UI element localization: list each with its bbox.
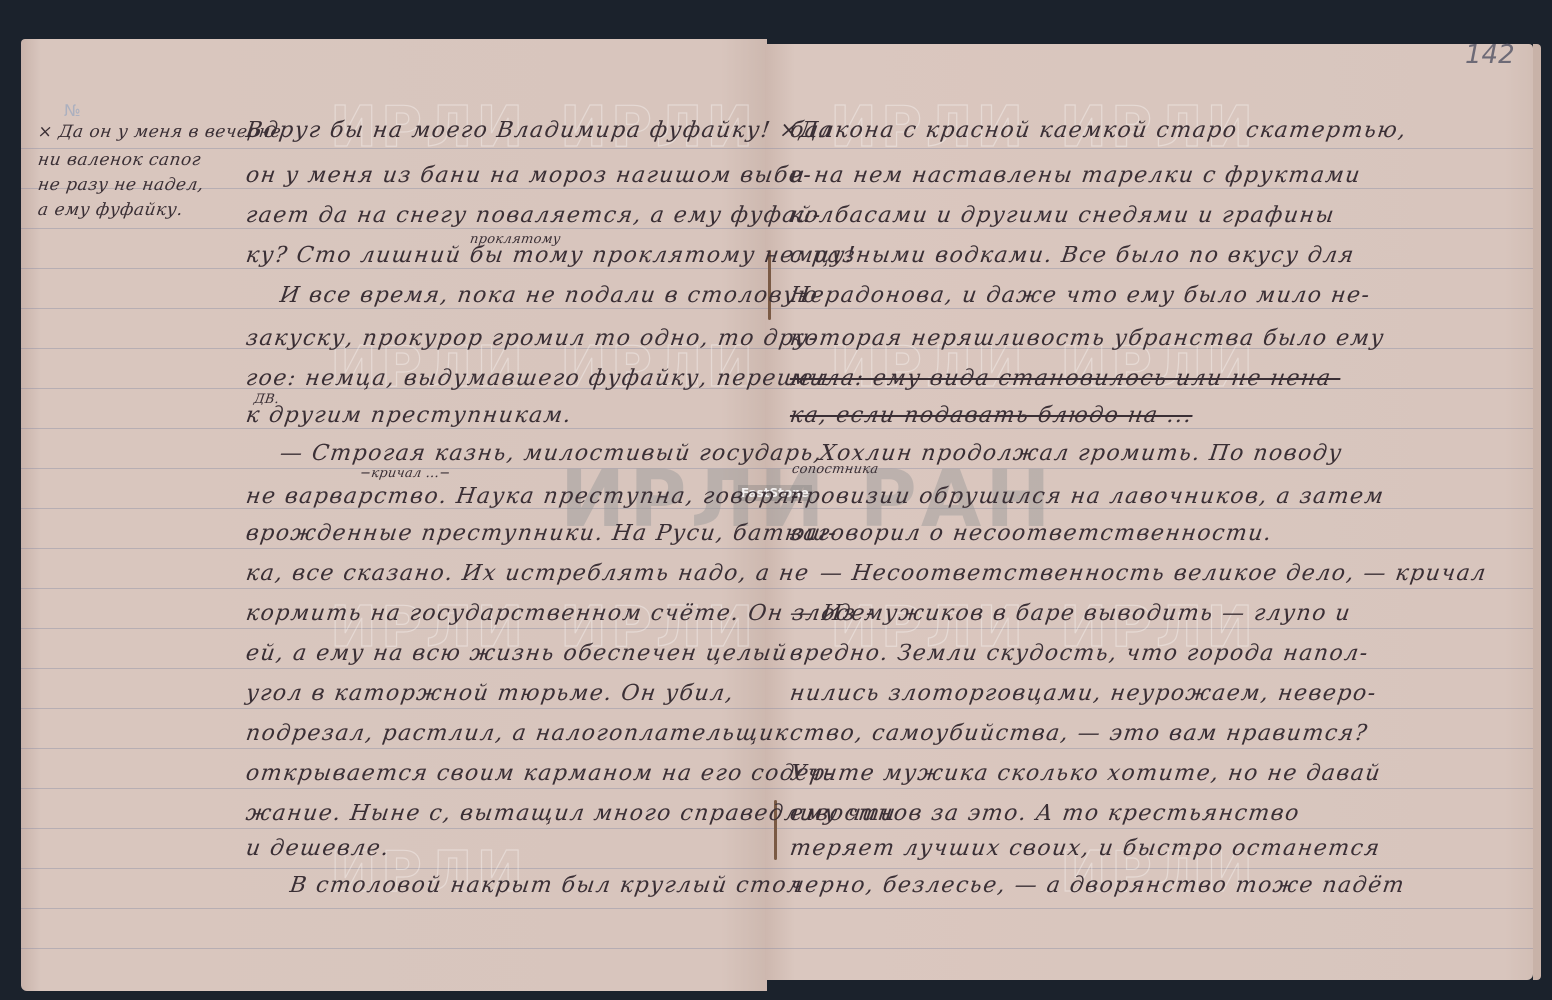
text-line: Нерадонова, и даже что ему было мило не- <box>788 283 1372 308</box>
page-edge <box>1533 44 1541 980</box>
ruled-line <box>21 748 767 749</box>
ruled-line <box>21 948 767 949</box>
text-line: и дешевле. <box>244 836 391 861</box>
text-line: закуску, прокурор громил то одно, то дру… <box>244 326 819 351</box>
ruled-line <box>767 908 1533 909</box>
ruled-line <box>767 948 1533 949</box>
ruled-line <box>21 548 767 549</box>
interlinear-note: −кричал ...− <box>359 466 452 481</box>
ruled-line <box>21 268 767 269</box>
ruled-line <box>21 588 767 589</box>
ruled-line <box>767 308 1533 309</box>
ruled-line <box>767 148 1533 149</box>
ruled-line <box>767 548 1533 549</box>
ruled-line <box>21 828 767 829</box>
text-line: И все время, пока не подали в столовую <box>278 283 820 308</box>
corner-mark: № <box>64 101 81 120</box>
ruled-line <box>767 788 1533 789</box>
margin-note-line: ни валенок сапог <box>37 150 203 170</box>
ruled-line <box>767 428 1533 429</box>
text-line: заговорил о несоответственности. <box>788 521 1274 546</box>
ruled-line <box>21 148 767 149</box>
text-line: балкона с красной каемкой старо скатерть… <box>788 118 1408 143</box>
text-line: ему чинов за это. А то крестьянство <box>788 801 1301 826</box>
text-line: гает да на снегу поваляется, а ему фуфай… <box>244 203 823 228</box>
text-line: нились злоторговцами, неурожаем, неверо- <box>788 681 1378 706</box>
ruled-line <box>767 868 1533 869</box>
text-line: — Из мужиков в баре выводить — глупо и <box>788 601 1353 626</box>
text-line: гое: немца, выдумавшего фуфайку, перешел <box>244 366 831 391</box>
margin-note-line: а ему фуфайку. <box>37 200 185 220</box>
text-line: ка, если подавать блюдо на ... <box>788 403 1194 428</box>
text-line: черно, безлесье, — а дворянство тоже пад… <box>788 873 1407 898</box>
text-line: мила: ему вида становилось или не нена- <box>788 366 1342 391</box>
page-number: 142 <box>1465 40 1515 70</box>
ruled-line <box>767 828 1533 829</box>
text-line: с разными водками. Все было по вкусу для <box>788 243 1356 268</box>
text-line: колбасами и другими снедями и графины <box>788 203 1336 228</box>
text-line: ка, все сказано. Их истреблять надо, а н… <box>244 561 811 586</box>
margin-note-line: не разу не надел, <box>37 175 206 195</box>
text-line: кормить на государственном счёте. Он зло… <box>244 601 876 626</box>
ruled-line <box>767 668 1533 669</box>
text-line: подрезал, растлил, а налогоплательщик <box>244 721 791 746</box>
text-line: вредно. Земли скудость, что города напол… <box>788 641 1370 666</box>
text-line: к другим преступникам. <box>244 403 573 428</box>
ruled-line <box>21 708 767 709</box>
text-line: теряет лучших своих, и быстро останется <box>788 836 1382 861</box>
ruled-line <box>21 908 767 909</box>
text-line: не варварство. Наука преступна, говоря- <box>244 484 802 509</box>
text-line: Хохлин продолжал громить. По поводу <box>818 441 1344 466</box>
text-line: и на нем наставлены тарелки с фруктами <box>788 163 1362 188</box>
interlinear-note: сопостника <box>791 462 879 477</box>
ruled-line <box>767 268 1533 269</box>
text-line: Учите мужика сколько хотите, но не давай <box>788 761 1383 786</box>
text-line: открывается своим карманом на его содер- <box>244 761 836 786</box>
text-line: ку? Сто лишний бы тому проклятому немцу! <box>244 243 857 268</box>
ruled-line <box>767 228 1533 229</box>
ruled-line <box>767 708 1533 709</box>
text-line: Вдруг бы на моего Владимира фуфайку! ×Да <box>244 118 835 143</box>
ruled-line <box>21 668 767 669</box>
text-line: угол в каторжной тюрьме. Он убил, <box>244 681 736 706</box>
text-line: врожденные преступники. На Руси, батюш- <box>244 521 839 546</box>
ruled-line <box>767 468 1533 469</box>
ruled-line <box>21 308 767 309</box>
text-line: В столовой накрыт был круглый стол <box>288 873 804 898</box>
ruled-line <box>21 868 767 869</box>
ruled-line <box>21 788 767 789</box>
ruled-line <box>21 428 767 429</box>
manuscript-spread: № ИРЛИ ИРЛИ ИРЛИ ИРЛИ ИРЛИ ИРЛИ ИРЛИ ИРЛ… <box>0 0 1552 1000</box>
text-line: ей, а ему на всю жизнь обеспечен целый <box>244 641 789 666</box>
ruled-line <box>767 628 1533 629</box>
text-line: которая неряшливость убранства было ему <box>788 326 1386 351</box>
text-line: ство, самоубийства, — это вам нравится? <box>788 721 1370 746</box>
text-line: — Строгая казнь, милостивый государь, <box>278 441 824 466</box>
ruled-line <box>21 628 767 629</box>
ruled-line <box>767 748 1533 749</box>
text-line: провизии обрушился на лавочников, а зате… <box>788 484 1386 509</box>
ruled-line <box>767 188 1533 189</box>
text-line: он у меня из бани на мороз нагишом выбе- <box>244 163 814 188</box>
text-line: — Несоответственность великое дело, — кр… <box>818 561 1488 586</box>
ruled-line <box>767 588 1533 589</box>
ruled-line <box>21 228 767 229</box>
